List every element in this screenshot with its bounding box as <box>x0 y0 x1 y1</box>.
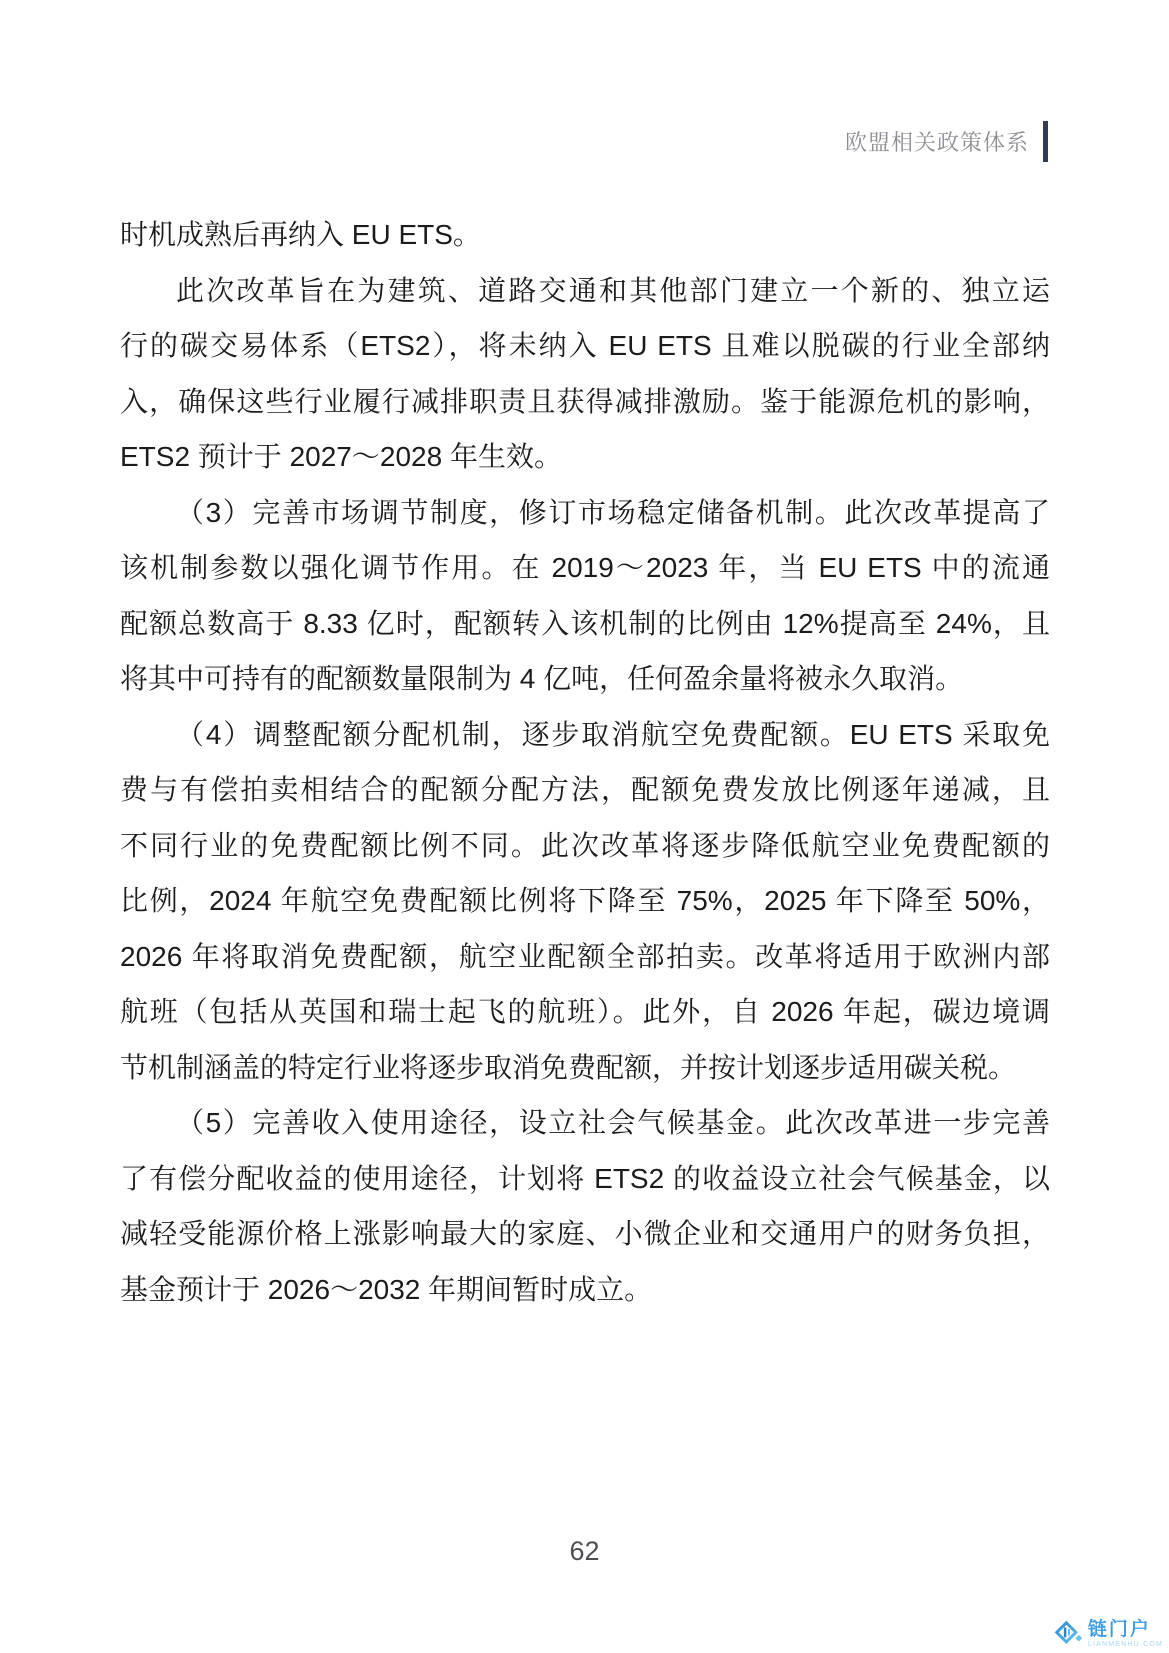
text-line: 节机制涵盖的特定行业将逐步取消免费配额，并按计划逐步适用碳关税。 <box>120 1040 1050 1096</box>
text-line: 行的碳交易体系（ETS2），将未纳入 EU ETS 且难以脱碳的行业全部纳 <box>120 318 1050 374</box>
site-logo: 链门户 LIANMENHU.COM <box>1053 1619 1163 1649</box>
page-number: 62 <box>0 1536 1169 1567</box>
header-accent-bar <box>1043 121 1048 162</box>
lianmenhu-logo-icon <box>1053 1619 1083 1649</box>
header-title: 欧盟相关政策体系 <box>845 126 1029 157</box>
page-header: 欧盟相关政策体系 <box>845 121 1048 162</box>
text-line: ETS2 预计于 2027～2028 年生效。 <box>120 429 1050 485</box>
text-line: 将其中可持有的配额数量限制为 4 亿吨，任何盈余量将被永久取消。 <box>120 651 1050 707</box>
text-line: 此次改革旨在为建筑、道路交通和其他部门建立一个新的、独立运 <box>120 263 1050 319</box>
text-line: 配额总数高于 8.33 亿时，配额转入该机制的比例由 12%提高至 24%，且 <box>120 596 1050 652</box>
text-line: 该机制参数以强化调节作用。在 2019～2023 年，当 EU ETS 中的流通 <box>120 540 1050 596</box>
text-line: （5）完善收入使用途径，设立社会气候基金。此次改革进一步完善 <box>120 1095 1050 1151</box>
logo-name: 链门户 <box>1088 1620 1163 1639</box>
text-line: 入，确保这些行业履行减排职责且获得减排激励。鉴于能源危机的影响， <box>120 374 1050 430</box>
text-line: 了有偿分配收益的使用途径，计划将 ETS2 的收益设立社会气候基金，以 <box>120 1151 1050 1207</box>
text-line: 不同行业的免费配额比例不同。此次改革将逐步降低航空业免费配额的 <box>120 818 1050 874</box>
document-page: 欧盟相关政策体系 时机成熟后再纳入 EU ETS。此次改革旨在为建筑、道路交通和… <box>0 0 1169 1653</box>
text-line: 时机成熟后再纳入 EU ETS。 <box>120 207 1050 263</box>
logo-text: 链门户 LIANMENHU.COM <box>1088 1620 1163 1648</box>
text-line: （3）完善市场调节制度，修订市场稳定储备机制。此次改革提高了 <box>120 485 1050 541</box>
text-line: 2026 年将取消免费配额，航空业配额全部拍卖。改革将适用于欧洲内部 <box>120 929 1050 985</box>
body-text: 时机成熟后再纳入 EU ETS。此次改革旨在为建筑、道路交通和其他部门建立一个新… <box>120 207 1050 1317</box>
text-line: 减轻受能源价格上涨影响最大的家庭、小微企业和交通用户的财务负担， <box>120 1206 1050 1262</box>
text-line: （4）调整配额分配机制，逐步取消航空免费配额。EU ETS 采取免 <box>120 707 1050 763</box>
text-line: 比例，2024 年航空免费配额比例将下降至 75%，2025 年下降至 50%， <box>120 873 1050 929</box>
text-line: 航班（包括从英国和瑞士起飞的航班）。此外，自 2026 年起，碳边境调 <box>120 984 1050 1040</box>
logo-domain: LIANMENHU.COM <box>1088 1641 1163 1648</box>
text-line: 基金预计于 2026～2032 年期间暂时成立。 <box>120 1262 1050 1318</box>
text-line: 费与有偿拍卖相结合的配额分配方法，配额免费发放比例逐年递减，且 <box>120 762 1050 818</box>
